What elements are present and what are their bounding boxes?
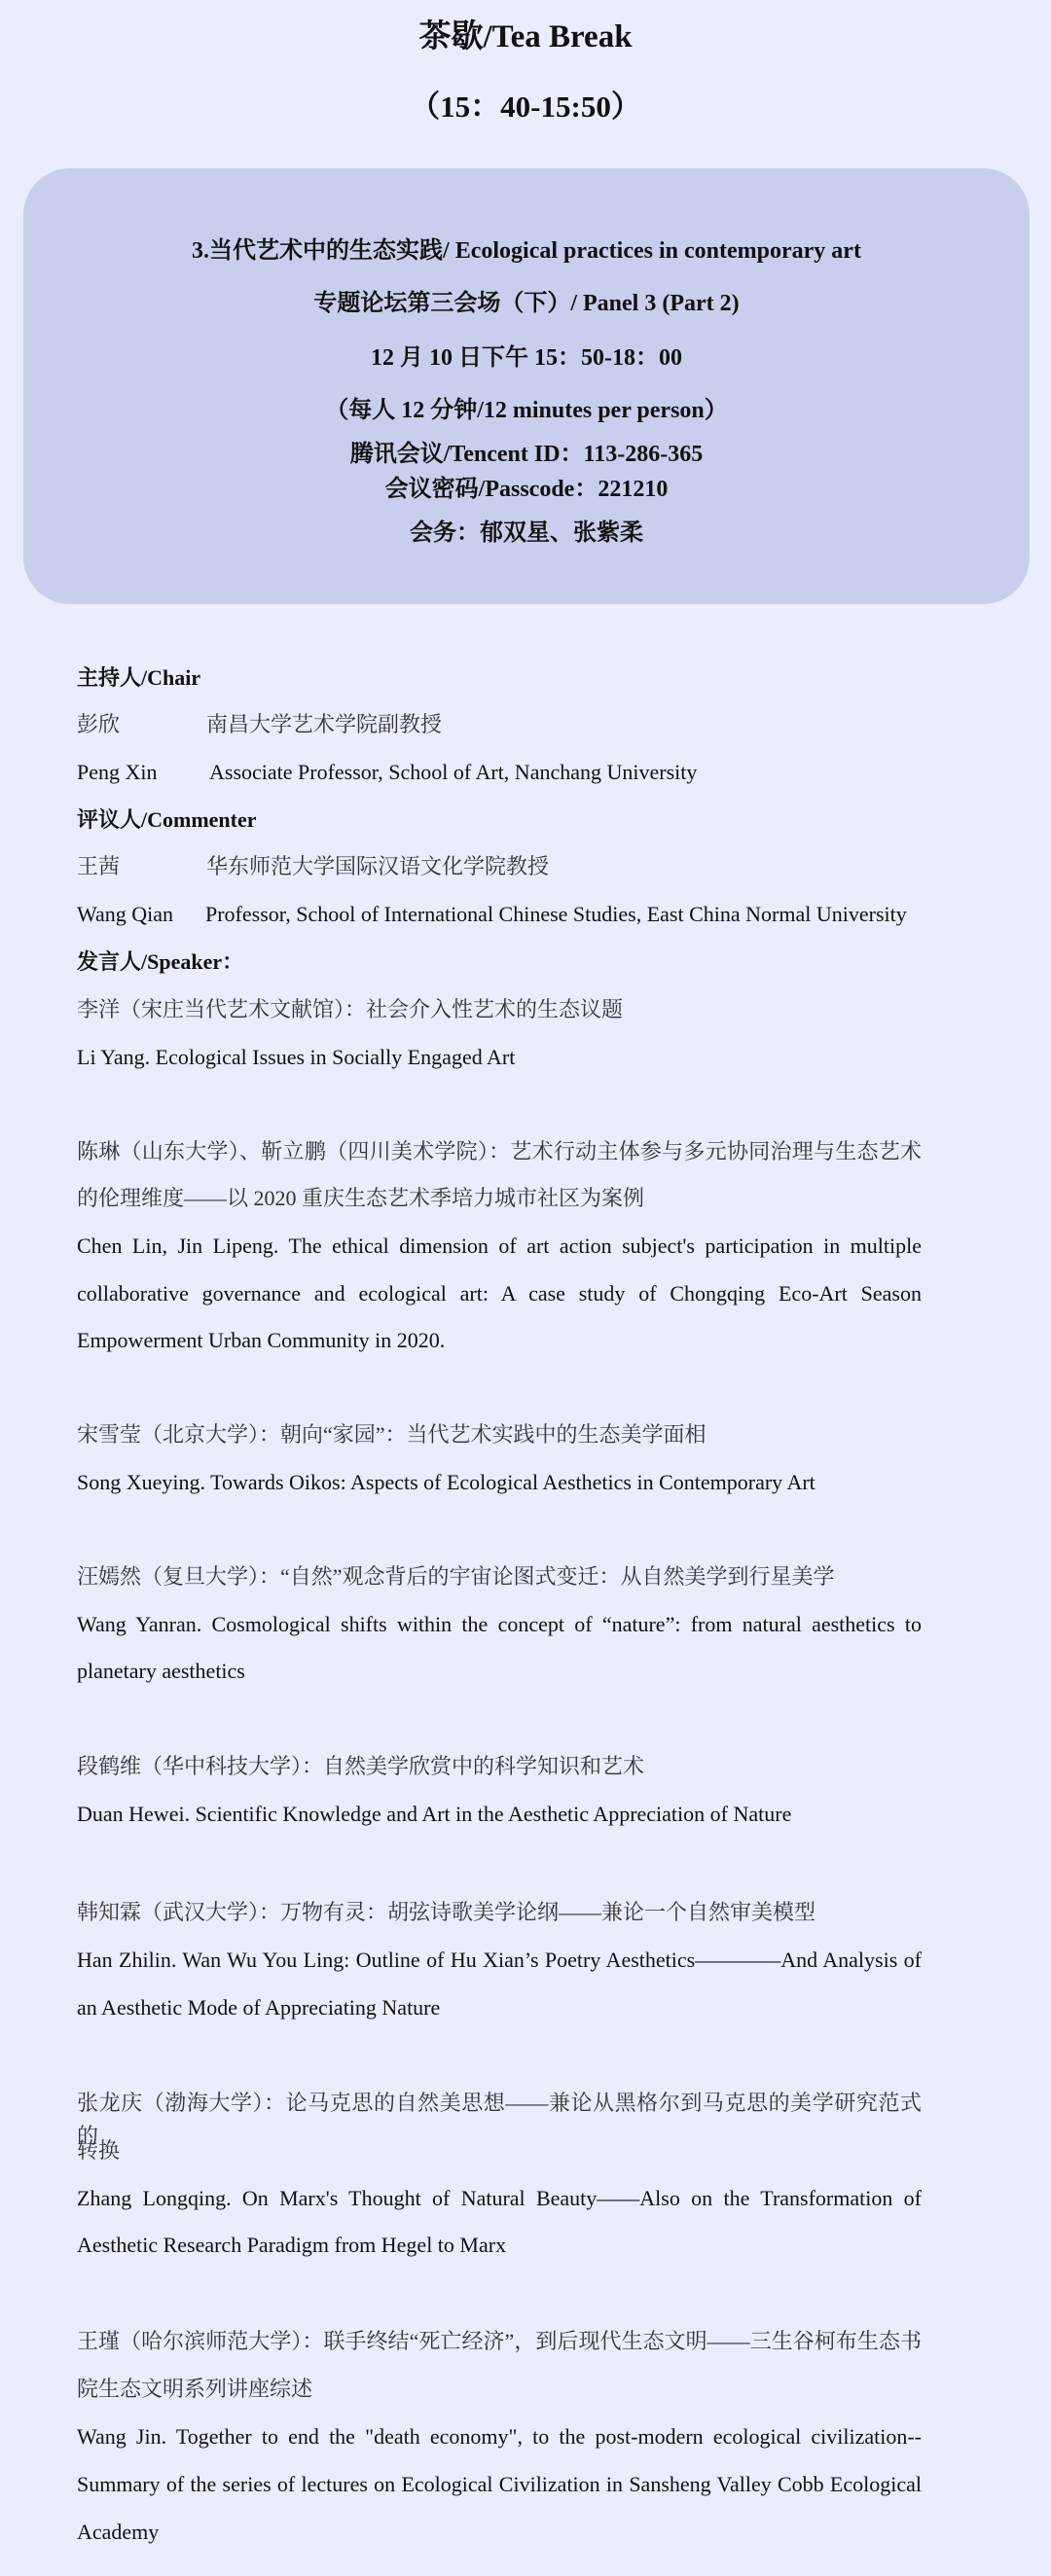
speaker-6-en-line-1: Han Zhilin. Wan Wu You Ling: Outline of … <box>77 1944 922 1977</box>
panel-info-box: 3.当代艺术中的生态实践/ Ecological practices in co… <box>23 168 1030 604</box>
speaker-2-en-line-3: Empowerment Urban Community in 2020. <box>77 1324 922 1357</box>
speaker-6-en-line-2: an Aesthetic Mode of Appreciating Nature <box>77 1991 922 2024</box>
commenter-heading: 评议人/Commenter <box>77 804 922 837</box>
panel-passcode: 会议密码/Passcode：221210 <box>23 473 1030 506</box>
speaker-8-zh-line-1: 王瑾（哈尔滨师范大学）：联手终结“死亡经济”，到后现代生态文明——三生谷柯布生态… <box>77 2325 922 2358</box>
panel-tencent-id: 腾讯会议/Tencent ID：113-286-365 <box>23 438 1030 471</box>
speaker-3-zh: 宋雪莹（北京大学）：朝向“家园”：当代艺术实践中的生态美学面相 <box>77 1418 922 1451</box>
tea-break-time: （15：40-15:50） <box>0 84 1051 130</box>
speaker-8-en-line-2: Summary of the series of lectures on Eco… <box>77 2468 922 2501</box>
commenter-name-en: Wang Qian <box>77 898 205 931</box>
speaker-5-en: Duan Hewei. Scientific Knowledge and Art… <box>77 1798 922 1831</box>
commenter-title-en: Professor, School of International Chine… <box>205 902 907 926</box>
speaker-6-zh: 韩知霖（武汉大学）：万物有灵：胡弦诗歌美学论纲——兼论一个自然审美模型 <box>77 1896 922 1929</box>
speaker-8-zh-line-2: 院生态文明系列讲座综述 <box>77 2373 922 2406</box>
panel-duration: （每人 12 分钟/12 minutes per person） <box>23 394 1030 427</box>
chair-title-en: Associate Professor, School of Art, Nanc… <box>209 760 697 784</box>
speaker-heading: 发言人/Speaker： <box>77 946 922 979</box>
speaker-7-en-line-1: Zhang Longqing. On Marx's Thought of Nat… <box>77 2182 922 2215</box>
speaker-1-zh: 李洋（宋庄当代艺术文献馆）：社会介入性艺术的生态议题 <box>77 993 922 1026</box>
speaker-2-en-line-1: Chen Lin, Jin Lipeng. The ethical dimens… <box>77 1230 922 1263</box>
speaker-4-zh: 汪嫣然（复旦大学）：“自然”观念背后的宇宙论图式变迁：从自然美学到行星美学 <box>77 1560 922 1593</box>
speaker-8-en-line-3: Academy <box>77 2516 922 2549</box>
speaker-2-zh-line-1: 陈琳（山东大学）、靳立鹏（四川美术学院）：艺术行动主体参与多元协同治理与生态艺术 <box>77 1135 922 1168</box>
chair-name-zh: 彭欣 <box>77 708 206 741</box>
speaker-4-en-line-1: Wang Yanran. Cosmological shifts within … <box>77 1608 922 1641</box>
speaker-5-zh: 段鹤维（华中科技大学）：自然美学欣赏中的科学知识和艺术 <box>77 1750 922 1783</box>
speaker-2-zh-line-2: 的伦理维度——以 2020 重庆生态艺术季培力城市社区为案例 <box>77 1182 922 1215</box>
commenter-en-row: Wang QianProfessor, School of Internatio… <box>77 898 922 931</box>
speaker-7-en-line-2: Aesthetic Research Paradigm from Hegel t… <box>77 2229 922 2262</box>
tea-break-title: 茶歇/Tea Break <box>0 14 1051 60</box>
chair-zh-row: 彭欣南昌大学艺术学院副教授 <box>77 708 922 741</box>
commenter-name-zh: 王茜 <box>77 850 206 883</box>
speaker-1-en: Li Yang. Ecological Issues in Socially E… <box>77 1041 922 1074</box>
chair-name-en: Peng Xin <box>77 756 209 789</box>
chair-en-row: Peng XinAssociate Professor, School of A… <box>77 756 922 789</box>
panel-theme: 3.当代艺术中的生态实践/ Ecological practices in co… <box>23 234 1030 268</box>
speaker-8-en-line-1: Wang Jin. Together to end the "death eco… <box>77 2420 922 2453</box>
chair-title-zh: 南昌大学艺术学院副教授 <box>206 712 442 736</box>
panel-datetime: 12 月 10 日下午 15：50-18：00 <box>23 341 1030 375</box>
speaker-3-en: Song Xueying. Towards Oikos: Aspects of … <box>77 1466 922 1499</box>
chair-heading: 主持人/Chair <box>77 662 922 695</box>
panel-session: 专题论坛第三会场（下）/ Panel 3 (Part 2) <box>23 287 1030 320</box>
commenter-zh-row: 王茜华东师范大学国际汉语文化学院教授 <box>77 850 922 883</box>
speaker-2-en-line-2: collaborative governance and ecological … <box>77 1277 922 1310</box>
commenter-title-zh: 华东师范大学国际汉语文化学院教授 <box>206 854 549 878</box>
speaker-4-en-line-2: planetary aesthetics <box>77 1655 922 1688</box>
speaker-7-zh-line-2: 转换 <box>77 2134 922 2167</box>
panel-staff: 会务：郁双星、张紫柔 <box>23 517 1030 550</box>
